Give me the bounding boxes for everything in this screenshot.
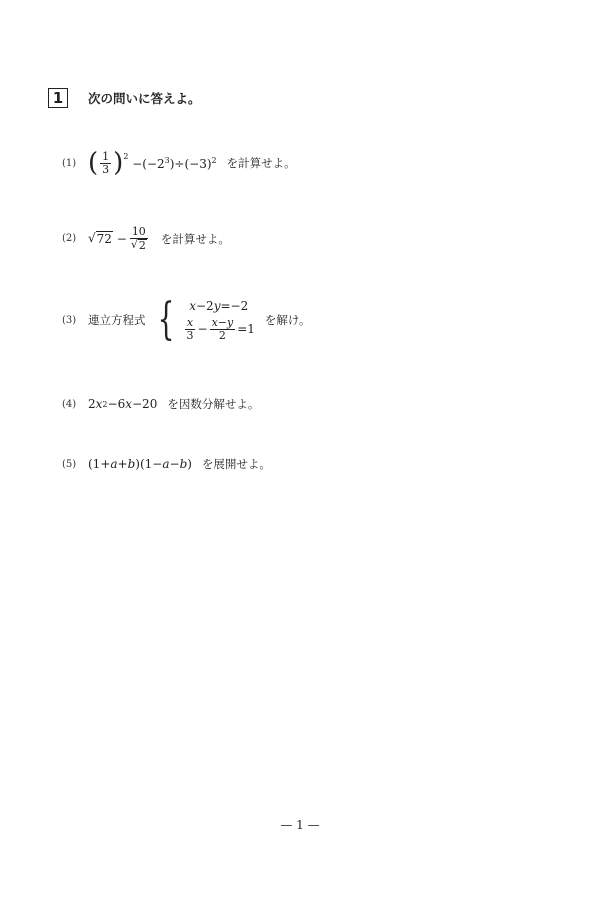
problem-task: を展開せよ。 xyxy=(202,456,271,472)
problem-task: を因数分解せよ。 xyxy=(167,396,259,412)
question-heading: 1 次の問いに答えよ。 xyxy=(48,88,201,108)
problem-4: (4) 2x2−6x−20 を因数分解せよ。 xyxy=(62,396,259,412)
problem-label: (3) xyxy=(62,315,88,326)
problem-5: (5) (1+a+b)(1−a−b) を展開せよ。 xyxy=(62,456,271,472)
problem-1: (1) ( 13 )2 −(−23)÷(−3)2 を計算せよ。 xyxy=(62,150,296,176)
problem-label: (1) xyxy=(62,158,88,169)
question-number-box: 1 xyxy=(48,88,68,108)
problem-label: (5) xyxy=(62,459,88,470)
problem-expression: (1+a+b)(1−a−b) xyxy=(88,457,192,471)
problem-task: を計算せよ。 xyxy=(227,155,296,171)
instruction-text: 次の問いに答えよ。 xyxy=(88,89,201,107)
brace-icon: { xyxy=(157,298,174,342)
problem-2: (2) √72 − 10√2 を計算せよ。 xyxy=(62,226,230,251)
problem-label: (4) xyxy=(62,399,88,410)
problem-3: (3) 連立方程式 { x−2y=−2 x3 − x−y2 =1 を解け。 xyxy=(62,298,310,342)
problem-expression: √72 − 10√2 xyxy=(88,226,151,251)
problem-task: を解け。 xyxy=(265,312,311,328)
equation-system: x−2y=−2 x3 − x−y2 =1 xyxy=(183,299,255,341)
page-number: — 1 — xyxy=(0,818,600,832)
problem-expression: 2x2−6x−20 xyxy=(88,397,157,411)
problem-prefix: 連立方程式 xyxy=(88,312,146,328)
problem-expression: ( 13 )2 −(−23)÷(−3)2 xyxy=(88,150,217,176)
problem-label: (2) xyxy=(62,233,88,244)
problem-task: を計算せよ。 xyxy=(161,231,230,247)
